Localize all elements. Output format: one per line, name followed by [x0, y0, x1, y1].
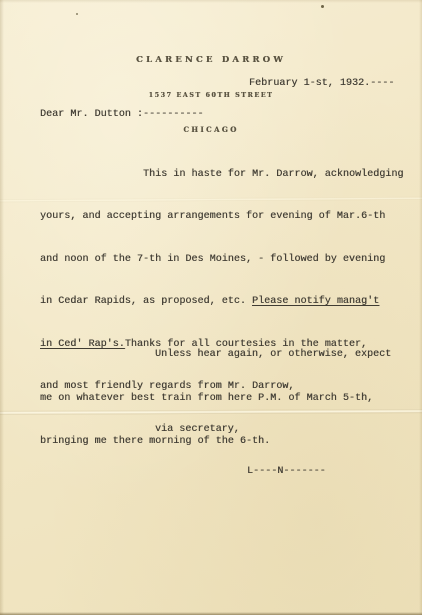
paper-speck	[76, 13, 78, 15]
body-line-2: yours, and accepting arrangements for ev…	[40, 207, 400, 227]
letterhead-street: 1537 EAST 60TH STREET	[0, 92, 422, 99]
paper-speck	[321, 5, 324, 8]
letterhead: CLARENCE DARROW 1537 EAST 60TH STREET CH…	[0, 33, 422, 156]
salutation: Dear Mr. Dutton :----------	[40, 109, 204, 120]
postscript-line-2: me on whatever best train from here P.M.…	[40, 388, 400, 410]
postscript-line-1: Unless hear again, or otherwise, expect	[40, 344, 400, 366]
underlined-notify-text: Please notify manag't	[252, 296, 379, 307]
postscript: Unless hear again, or otherwise, expect …	[40, 322, 400, 475]
body-line-1: This in haste for Mr. Darrow, acknowledg…	[40, 165, 400, 185]
body-line-4-text: in Cedar Rapids, as proposed, etc.	[40, 296, 252, 307]
letterhead-name: CLARENCE DARROW	[0, 55, 422, 65]
letterhead-city: CHICAGO	[0, 125, 422, 134]
letter-page: CLARENCE DARROW 1537 EAST 60TH STREET CH…	[0, 0, 422, 615]
body-line-4: in Cedar Rapids, as proposed, etc. Pleas…	[40, 292, 400, 312]
date-line: February 1-st, 1932.----	[249, 78, 394, 89]
postscript-line-3: bringing me there morning of the 6-th.	[40, 431, 400, 453]
body-line-3: and noon of the 7-th in Des Moines, - fo…	[40, 250, 400, 270]
